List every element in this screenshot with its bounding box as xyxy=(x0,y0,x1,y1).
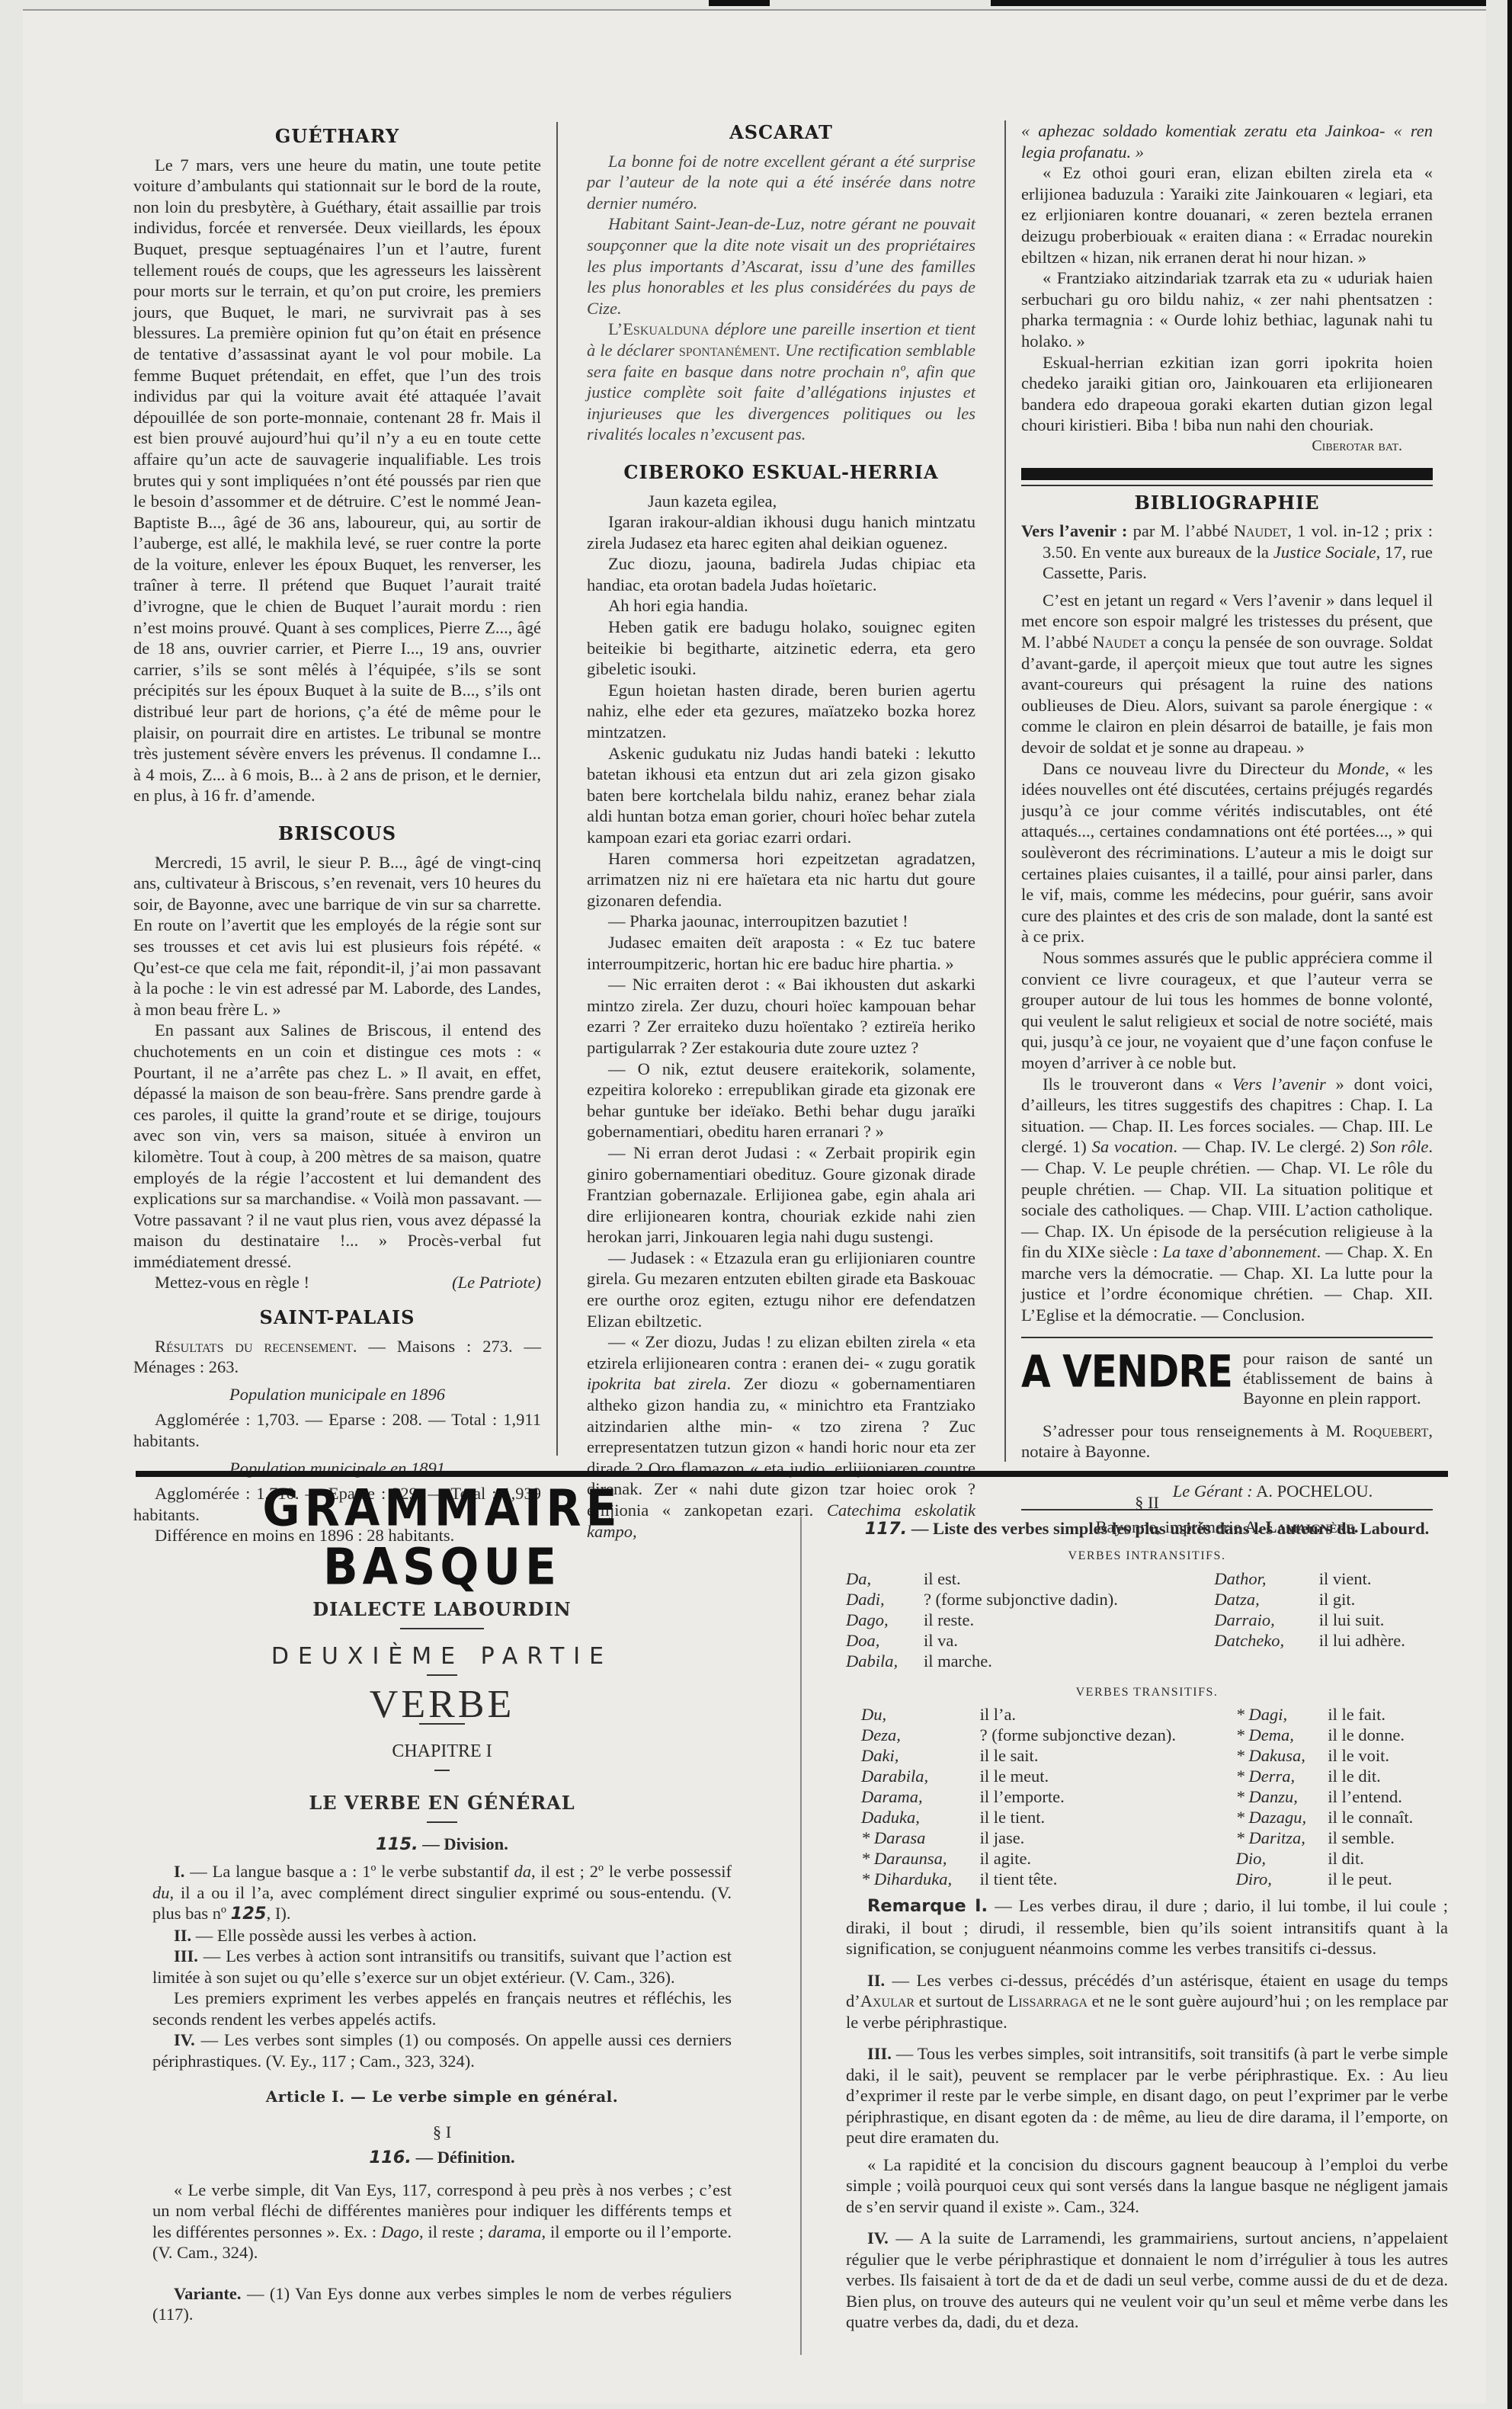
heading-ascarat: ASCARAT xyxy=(587,122,975,143)
review-text: Dans ce nouveau livre du Directeur du xyxy=(1043,759,1337,778)
heading-saint-palais: SAINT-PALAIS xyxy=(133,1307,541,1328)
verb-row: * Daraunsa,il agite.Dio,il dit. xyxy=(861,1848,1439,1869)
grammar-title: GRAMMAIRE BASQUE xyxy=(152,1479,732,1597)
book-title: Vers l’avenir : xyxy=(1021,521,1127,540)
chapter-title: LE VERBE EN GÉNÉRAL xyxy=(152,1792,732,1814)
heading-guethary: GUÉTHARY xyxy=(133,126,541,147)
letter-p: — Nic erraiten derot : « Bai ikhousten d… xyxy=(587,974,975,1058)
verb: Dago, xyxy=(846,1610,924,1630)
basque-word: Dago xyxy=(381,2222,419,2241)
meaning: il le fait. xyxy=(1328,1704,1439,1725)
chapter-italic: Son rôle xyxy=(1370,1137,1429,1156)
letter-italic: ipokrita bat zirela xyxy=(587,1374,726,1393)
item-text: , I). xyxy=(267,1904,291,1923)
meaning: il jase. xyxy=(980,1828,1236,1848)
premiers-text: Les premiers expriment les verbes appelé… xyxy=(152,1988,732,2029)
emphasis-word: spontanément xyxy=(679,341,777,360)
column-3: « aphezac soldado komentiak zeratu eta J… xyxy=(1021,120,1433,1538)
item-text: — La langue basque a : 1º le verbe subst… xyxy=(184,1862,514,1881)
chapter-italic: La taxe d’abonnement xyxy=(1162,1242,1316,1261)
division-iii: III. — Les verbes à action sont intransi… xyxy=(152,1946,732,1988)
verb-row: Daki,il le sait.* Dakusa,il le voit. xyxy=(861,1745,1439,1766)
journal-name: Monde xyxy=(1337,759,1385,778)
review-text: . — Chap. IV. Le clergé. 2) xyxy=(1173,1137,1369,1156)
section-rule xyxy=(1021,1337,1433,1338)
section-separator xyxy=(136,1471,1448,1477)
basque-word: du xyxy=(152,1883,170,1902)
verb: * Dazagu, xyxy=(1236,1807,1328,1828)
meaning xyxy=(1319,1651,1448,1671)
meaning: il dit. xyxy=(1328,1848,1439,1869)
column-1: GUÉTHARY Le 7 mars, vers une heure du ma… xyxy=(133,126,541,1546)
grammar-dialect: DIALECTE LABOURDIN xyxy=(152,1599,732,1620)
division-i: I. — La langue basque a : 1º le verbe su… xyxy=(152,1861,732,1925)
population-1896: Agglomérée : 1,703. — Eparse : 208. — To… xyxy=(133,1409,541,1451)
camino-quote: « La rapidité et la concision du discour… xyxy=(846,2154,1448,2218)
meaning: il git. xyxy=(1319,1589,1448,1610)
verb-row: Dago,il reste.Darraio,il lui suit. xyxy=(846,1610,1448,1630)
verb-row: Deza,? (forme subjonctive dezan).* Dema,… xyxy=(861,1725,1439,1745)
meaning: ? (forme subjonctive dezan). xyxy=(980,1725,1236,1745)
census-lead: Résultats du recensement. — Maisons : 27… xyxy=(133,1336,541,1378)
verb-row: Du,il l’a.* Dagi,il le fait. xyxy=(861,1704,1439,1725)
transitive-verbs-table: Du,il l’a.* Dagi,il le fait.Deza,? (form… xyxy=(861,1704,1439,1889)
section-mark: § I xyxy=(152,2122,732,2143)
meaning: il vient. xyxy=(1319,1568,1448,1589)
meaning: il l’emporte. xyxy=(980,1786,1236,1807)
book-listing: Vers l’avenir : par M. l’abbé Naudet, 1 … xyxy=(1021,521,1433,584)
section-title: — Division. xyxy=(418,1834,508,1853)
author-name: Naudet xyxy=(1093,633,1146,652)
meaning: il marche. xyxy=(924,1651,1214,1671)
remarque-ii: II. — Les verbes ci-dessus, précédés d’u… xyxy=(846,1970,1448,2033)
ornament-rule xyxy=(400,1628,484,1629)
meaning: il semble. xyxy=(1328,1828,1439,1848)
meaning: il lui suit. xyxy=(1319,1610,1448,1630)
item-text: — Les verbes à action sont intransitifs … xyxy=(152,1946,732,1987)
ad-headline: A VENDRE xyxy=(1021,1349,1232,1395)
publisher: Justice Sociale xyxy=(1273,543,1376,562)
section-number: 117. xyxy=(865,1519,908,1539)
verb: * Daritza, xyxy=(1236,1828,1328,1848)
verb-row: Darabila,il le meut.* Derra,il le dit. xyxy=(861,1766,1439,1786)
heading-briscous: BRISCOUS xyxy=(133,823,541,844)
verb: Doa, xyxy=(846,1630,924,1651)
meaning: il le sait. xyxy=(980,1745,1236,1766)
closing-line: Mettez-vous en règle ! xyxy=(133,1272,309,1293)
newspaper-name: L’Eskualduna xyxy=(608,319,709,338)
heading-ciberoko: CIBEROKO ESKUAL-HERRIA xyxy=(587,462,975,483)
item-label: IV. xyxy=(174,2030,195,2049)
item-text: — Les verbes sont simples (1) ou composé… xyxy=(152,2030,732,2071)
meaning: il le connaît. xyxy=(1328,1807,1439,1828)
verb: Datcheko, xyxy=(1214,1630,1318,1651)
grammar-left-column: GRAMMAIRE BASQUE DIALECTE LABOURDIN DEUX… xyxy=(152,1485,732,2325)
classified-ad: A VENDRE pour raison de santé un établis… xyxy=(1021,1349,1433,1408)
letter-p: Haren commersa hori ezpeitzetan agradatz… xyxy=(587,848,975,911)
intransitive-heading: VERBES INTRANSITIFS. xyxy=(846,1546,1448,1567)
basque-word: darama xyxy=(488,2222,541,2241)
verb: * Dakusa, xyxy=(1236,1745,1328,1766)
section-bar xyxy=(1021,468,1433,480)
meaning: ? (forme subjonctive dadin). xyxy=(924,1589,1214,1610)
verb: Deza, xyxy=(861,1725,980,1745)
verb: Dathor, xyxy=(1214,1568,1318,1589)
source-citation: (Le Patriote) xyxy=(431,1272,541,1293)
verb: * Daraunsa, xyxy=(861,1848,980,1869)
grammar-part: DEUXIÈME PARTIE xyxy=(152,1646,732,1667)
verb xyxy=(1214,1651,1318,1671)
page-edge xyxy=(1507,0,1512,2409)
grammar-subject: VERBE xyxy=(152,1694,732,1715)
letter-signature: Ciberotar bat. xyxy=(1021,436,1433,457)
section-115: 115. — Division. xyxy=(152,1834,732,1856)
verb: Darama, xyxy=(861,1786,980,1807)
remark-text: et surtout de xyxy=(915,1991,1007,2010)
census-label: Résultats du recensement. xyxy=(155,1337,357,1356)
meaning: il le tient. xyxy=(980,1807,1236,1828)
article-briscous-p2: En passant aux Salines de Briscous, il e… xyxy=(133,1020,541,1272)
meaning: il va. xyxy=(924,1630,1214,1651)
verb: * Dagi, xyxy=(1236,1704,1328,1725)
section-title: — Définition. xyxy=(412,2148,515,2167)
variante-label: Variante. xyxy=(174,2284,242,2303)
population-1896-heading: Population municipale en 1896 xyxy=(133,1384,541,1405)
division-iv: IV. — Les verbes sont simples (1) ou com… xyxy=(152,2029,732,2071)
review-p2: Dans ce nouveau livre du Directeur du Mo… xyxy=(1021,758,1433,947)
meaning: il le donne. xyxy=(1328,1725,1439,1745)
ornament-rule xyxy=(434,1770,450,1771)
author-name: Axular xyxy=(860,1991,915,2010)
remark-label: II. xyxy=(867,1971,885,1990)
letter-p: — O nik, eztut deusere eraitekorik, sola… xyxy=(587,1059,975,1142)
letter-salutation: Jaun kazeta egilea, xyxy=(587,491,975,512)
verb: Daki, xyxy=(861,1745,980,1766)
verb: * Diharduka, xyxy=(861,1869,980,1889)
letter-text: . Zer diozu xyxy=(726,1374,830,1393)
verb: Dadi, xyxy=(846,1589,924,1610)
meaning: il le meut. xyxy=(980,1766,1236,1786)
column-divider xyxy=(556,122,558,1456)
review-p3: Nous sommes assurés que le public appréc… xyxy=(1021,947,1433,1074)
briscous-closing: Mettez-vous en règle ! (Le Patriote) xyxy=(133,1272,541,1293)
letter-continued-italic: « aphezac soldado komentiak zeratu eta J… xyxy=(1021,120,1433,162)
variante-note: Variante. — (1) Van Eys donne aux verbes… xyxy=(152,2283,732,2325)
ink-mark xyxy=(991,0,1486,6)
meaning: il le voit. xyxy=(1328,1745,1439,1766)
ad-text: pour raison de santé un établissement de… xyxy=(1243,1349,1433,1408)
grammar-right-column: § II 117. — Liste des verbes simples les… xyxy=(846,1485,1448,2333)
letter-p: — Pharka jaounac, interroupitzen bazutie… xyxy=(587,911,975,932)
remarque-iv: IV. — A la suite de Larramendi, les gram… xyxy=(846,2228,1448,2333)
intransitive-verbs-table: Da,il est.Dathor,il vient.Dadi,? (forme … xyxy=(846,1568,1448,1671)
verb: Diro, xyxy=(1236,1869,1328,1889)
article-briscous-p1: Mercredi, 15 avril, le sieur P. B..., âg… xyxy=(133,852,541,1020)
verb: * Dema, xyxy=(1236,1725,1328,1745)
letter-p: Egun hoietan hasten dirade, beren burien… xyxy=(587,680,975,743)
meaning: il l’a. xyxy=(980,1704,1236,1725)
book-author: Naudet xyxy=(1234,521,1287,540)
notary-name: Roquebert xyxy=(1353,1421,1428,1440)
letter-p: « Frantziako aitzindariak tzarrak eta zu… xyxy=(1021,267,1433,351)
verb-row: Dadi,? (forme subjonctive dadin).Datza,i… xyxy=(846,1589,1448,1610)
letter-p: Askenic gudukatu niz Judas handi bateki … xyxy=(587,743,975,848)
book-title-italic: Vers l’avenir xyxy=(1232,1075,1326,1094)
letter-p: Ah hori egia handia. xyxy=(587,595,975,617)
section-116: 116. — Définition. xyxy=(152,2147,732,2169)
item-label: III. xyxy=(174,1946,198,1965)
meaning: il agite. xyxy=(980,1848,1236,1869)
review-text: Ils le trouveront dans « xyxy=(1043,1075,1232,1094)
remark-text: — A la suite de Larramendi, les grammair… xyxy=(846,2228,1448,2331)
section-rule xyxy=(1021,485,1433,486)
verb: Dabila, xyxy=(846,1651,924,1671)
verb: Datza, xyxy=(1214,1589,1318,1610)
letter-p: Igaran irakour-aldian ikhousi dugu hanic… xyxy=(587,511,975,553)
verb-row: Doa,il va.Datcheko,il lui adhère. xyxy=(846,1630,1448,1651)
remark-text: — Tous les verbes simples, soit intransi… xyxy=(846,2044,1448,2147)
verb: Darabila, xyxy=(861,1766,980,1786)
letter-p: Zuc diozu, jaouna, badirela Judas chipia… xyxy=(587,553,975,595)
chapter-label: CHAPITRE I xyxy=(152,1741,732,1763)
definition-b: , il reste ; xyxy=(419,2222,489,2241)
review-p1: C’est en jetant un regard « Vers l’aveni… xyxy=(1021,590,1433,758)
section-117: 117. — Liste des verbes simples les plus… xyxy=(846,1518,1448,1540)
heading-bibliographie: BIBLIOGRAPHIE xyxy=(1021,492,1433,514)
verb-row: * Darasail jase.* Daritza,il semble. xyxy=(861,1828,1439,1848)
verb-row: Daduka,il le tient.* Dazagu,il le connaî… xyxy=(861,1807,1439,1828)
meaning: il lui adhère. xyxy=(1319,1630,1448,1651)
cross-reference: 125 xyxy=(231,1904,267,1924)
definition-text: « Le verbe simple, dit Van Eys, 117, cor… xyxy=(152,2180,732,2263)
letter-p: « Ez othoi gouri eran, elizan ebilten zi… xyxy=(1021,162,1433,267)
article-guethary-text: Le 7 mars, vers une heure du matin, une … xyxy=(133,155,541,806)
book-author-a: par M. l’abbé xyxy=(1127,521,1233,540)
verb: Daduka, xyxy=(861,1807,980,1828)
ad-contact-text: S’adresser pour tous renseignements à M. xyxy=(1043,1421,1353,1440)
verb: Dio, xyxy=(1236,1848,1328,1869)
column-divider xyxy=(800,1517,802,2355)
letter-p: — Ni erran derot Judasi : « Zerbait prop… xyxy=(587,1142,975,1248)
letter-p: Heben gatik ere badugu holako, souignec … xyxy=(587,617,975,680)
remarque-iii: III. — Tous les verbes simples, soit int… xyxy=(846,2043,1448,2148)
section-title: — Liste des verbes simples les plus usit… xyxy=(907,1519,1429,1538)
author-name: Lissarraga xyxy=(1008,1991,1088,2010)
remark-label: Remarque I. xyxy=(867,1896,988,1916)
section-number: 116. xyxy=(369,2148,412,2167)
letter-p: Eskual-herrian ezkitian izan gorri ipokr… xyxy=(1021,352,1433,436)
meaning: il l’entend. xyxy=(1328,1786,1439,1807)
section-mark: § II xyxy=(846,1492,1448,1514)
column-2: ASCARAT La bonne foi de notre excellent … xyxy=(587,122,975,1542)
ascarat-p3: L’Eskualduna déplore une pareille insert… xyxy=(587,319,975,445)
meaning: il reste. xyxy=(924,1610,1214,1630)
item-text: — Elle possède aussi les verbes à action… xyxy=(191,1926,476,1945)
item-label: I. xyxy=(174,1862,184,1881)
item-label: II. xyxy=(174,1926,191,1945)
transitive-heading: VERBES TRANSITIFS. xyxy=(846,1682,1448,1703)
remarque-i: Remarque I. — Les verbes dirau, il dure … xyxy=(846,1895,1448,1959)
meaning: il tient tête. xyxy=(980,1869,1236,1889)
ascarat-p1: La bonne foi de notre excellent gérant a… xyxy=(587,151,975,214)
chapter-italic: Sa vocation xyxy=(1092,1137,1174,1156)
letter-text: — « Zer diozu, Judas ! zu elizan ebilten… xyxy=(587,1332,975,1373)
meaning: il le dit. xyxy=(1328,1766,1439,1786)
verb-row: Da,il est.Dathor,il vient. xyxy=(846,1568,1448,1589)
ad-contact: S’adresser pour tous renseignements à M.… xyxy=(1021,1421,1433,1462)
column-divider xyxy=(1004,120,1006,1462)
review-p4: Ils le trouveront dans « Vers l’avenir »… xyxy=(1021,1074,1433,1326)
review-text: , « les idées nouvelles ont été discutée… xyxy=(1021,759,1433,947)
verb: * Derra, xyxy=(1236,1766,1328,1786)
verb-row: Darama,il l’emporte.* Danzu,il l’entend. xyxy=(861,1786,1439,1807)
item-text: , il est ; 2º le verbe possessif xyxy=(531,1862,732,1881)
article-heading: Article I. — Le verbe simple en général. xyxy=(152,2087,732,2108)
verb: * Darasa xyxy=(861,1828,980,1848)
meaning: il le peut. xyxy=(1328,1869,1439,1889)
ornament-rule xyxy=(427,1674,457,1676)
verb-row: * Diharduka,il tient tête.Diro,il le peu… xyxy=(861,1869,1439,1889)
basque-word: da xyxy=(514,1862,532,1881)
division-ii: II. — Elle possède aussi les verbes à ac… xyxy=(152,1925,732,1946)
verb: Darraio, xyxy=(1214,1610,1318,1630)
meaning: il est. xyxy=(924,1568,1214,1589)
letter-p: — Judasek : « Etzazula eran gu erlijioni… xyxy=(587,1248,975,1331)
ink-mark xyxy=(709,0,770,6)
verb: Du, xyxy=(861,1704,980,1725)
remark-label: IV. xyxy=(867,2228,889,2247)
section-number: 115. xyxy=(376,1834,418,1854)
letter-p: Judasec emaiten deït araposta : « Ez tuc… xyxy=(587,932,975,974)
ascarat-p2: Habitant Saint-Jean-de-Luz, notre gérant… xyxy=(587,213,975,319)
remark-label: III. xyxy=(867,2044,892,2063)
verb: * Danzu, xyxy=(1236,1786,1328,1807)
ornament-rule xyxy=(427,1821,457,1823)
verb-row: Dabila,il marche. xyxy=(846,1651,1448,1671)
verb: Da, xyxy=(846,1568,924,1589)
